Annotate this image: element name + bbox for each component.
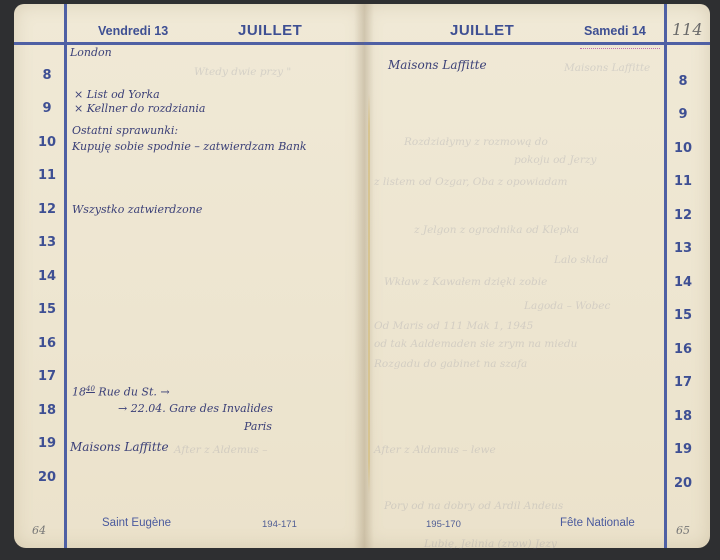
handwritten-entry: × Kellner do rozdziania [74, 102, 205, 115]
bleed-through-text: Lubię, Jelinia (zrow) Jezy [424, 538, 557, 550]
right-month-label: JUILLET [450, 22, 514, 39]
hour-label: 8 [34, 68, 60, 83]
bleed-through-text: z listem od Ozgar, Oba z opowiadam [374, 176, 567, 188]
hour-label: 13 [670, 241, 696, 256]
hour-label: 20 [670, 476, 696, 491]
page-number: 65 [676, 524, 690, 537]
entry-time: 18 [72, 386, 86, 399]
binding-thread [368, 94, 370, 494]
hour-label: 10 [34, 135, 60, 150]
diary-spread: Vendredi 13 JUILLET 8 9 10 11 12 13 14 1… [14, 4, 712, 552]
left-header-rule [14, 42, 364, 45]
handwritten-entry: Ostatni sprawunki: [72, 124, 178, 137]
entry-time-minutes: 40 [86, 385, 95, 393]
hour-label: 17 [34, 369, 60, 384]
bleed-through-text: z Jelgon z ogrodnika od Klepka [414, 224, 579, 236]
right-header-rule [364, 42, 710, 45]
hour-label: 20 [34, 470, 60, 485]
bleed-through-text: Lalo sklad [554, 254, 608, 266]
left-page: Vendredi 13 JUILLET 8 9 10 11 12 13 14 1… [14, 4, 364, 548]
left-day-label: Vendredi 13 [98, 24, 168, 38]
hour-label: 18 [670, 409, 696, 424]
hour-label: 18 [34, 403, 60, 418]
handwritten-entry: London [70, 46, 112, 59]
hour-label: 11 [670, 174, 696, 189]
handwritten-entry: Paris [244, 420, 272, 433]
bleed-through-text: Od Maris od 111 Mak 1, 1945 [374, 320, 533, 332]
entry-text: Rue du St. → [98, 386, 169, 399]
right-margin-rule [664, 4, 667, 548]
day-of-year-count: 195-170 [426, 519, 461, 530]
left-margin-rule [64, 4, 67, 548]
right-day-label: Samedi 14 [584, 24, 646, 38]
bleed-through-text: od tak Aaldemaden sie zrym na miedu [374, 338, 577, 350]
bleed-through-text: Wkław z Kawałem dzięki zobie [384, 276, 547, 288]
bleed-through-text: After z Aldemus – [174, 444, 268, 456]
handwritten-entry: Kupuję sobie spodnie – zatwierdzam Bank [72, 140, 307, 153]
hour-label: 19 [670, 442, 696, 457]
hour-label: 15 [34, 302, 60, 317]
corner-page-count: 114 [672, 20, 703, 39]
pink-underline [580, 48, 660, 50]
hour-label: 15 [670, 308, 696, 323]
right-page: JUILLET Samedi 14 114 8 9 10 11 12 13 14… [364, 4, 710, 548]
hour-label: 9 [670, 107, 696, 122]
bleed-through-text: Rozdziałymy z rozmową do [404, 136, 548, 148]
handwritten-entry: → 22.04. Gare des Invalides [118, 402, 273, 415]
hour-label: 11 [34, 168, 60, 183]
bleed-through-text: After z Aldamus – lewe [374, 444, 496, 456]
holiday-label: Fête Nationale [560, 517, 635, 529]
hour-label: 13 [34, 235, 60, 250]
bleed-through-text: Rozgadu do gabinet na szafa [374, 358, 527, 370]
hour-label: 16 [670, 342, 696, 357]
day-of-year-count: 194-171 [262, 519, 297, 530]
bleed-through-text: pokoju od Jerzy [514, 154, 596, 166]
hour-label: 8 [670, 74, 696, 89]
hour-label: 14 [34, 269, 60, 284]
bleed-through-text: Wtedy dwie przy " [194, 66, 291, 78]
bleed-through-text: Pory od na dobry od Ardil Andeus [384, 500, 563, 512]
hour-label: 10 [670, 141, 696, 156]
hour-label: 16 [34, 336, 60, 351]
handwritten-entry: × List od Yorka [74, 88, 160, 101]
left-month-label: JUILLET [238, 22, 302, 39]
handwritten-entry: Maisons Laffitte [70, 440, 169, 454]
hour-label: 17 [670, 375, 696, 390]
hour-label: 12 [670, 208, 696, 223]
bleed-through-text: Maisons Laffitte [564, 62, 650, 74]
hour-label: 12 [34, 202, 60, 217]
page-number: 64 [32, 524, 46, 537]
hour-label: 9 [34, 101, 60, 116]
bleed-through-text: Lagoda – Wobec [524, 300, 610, 312]
handwritten-entry: 1840 Rue du St. → [72, 385, 170, 399]
saint-of-day: Saint Eugène [102, 517, 171, 529]
hour-label: 19 [34, 436, 60, 451]
handwritten-entry: Wszystko zatwierdzone [72, 203, 202, 216]
hour-label: 14 [670, 275, 696, 290]
handwritten-entry: Maisons Laffitte [388, 58, 487, 72]
